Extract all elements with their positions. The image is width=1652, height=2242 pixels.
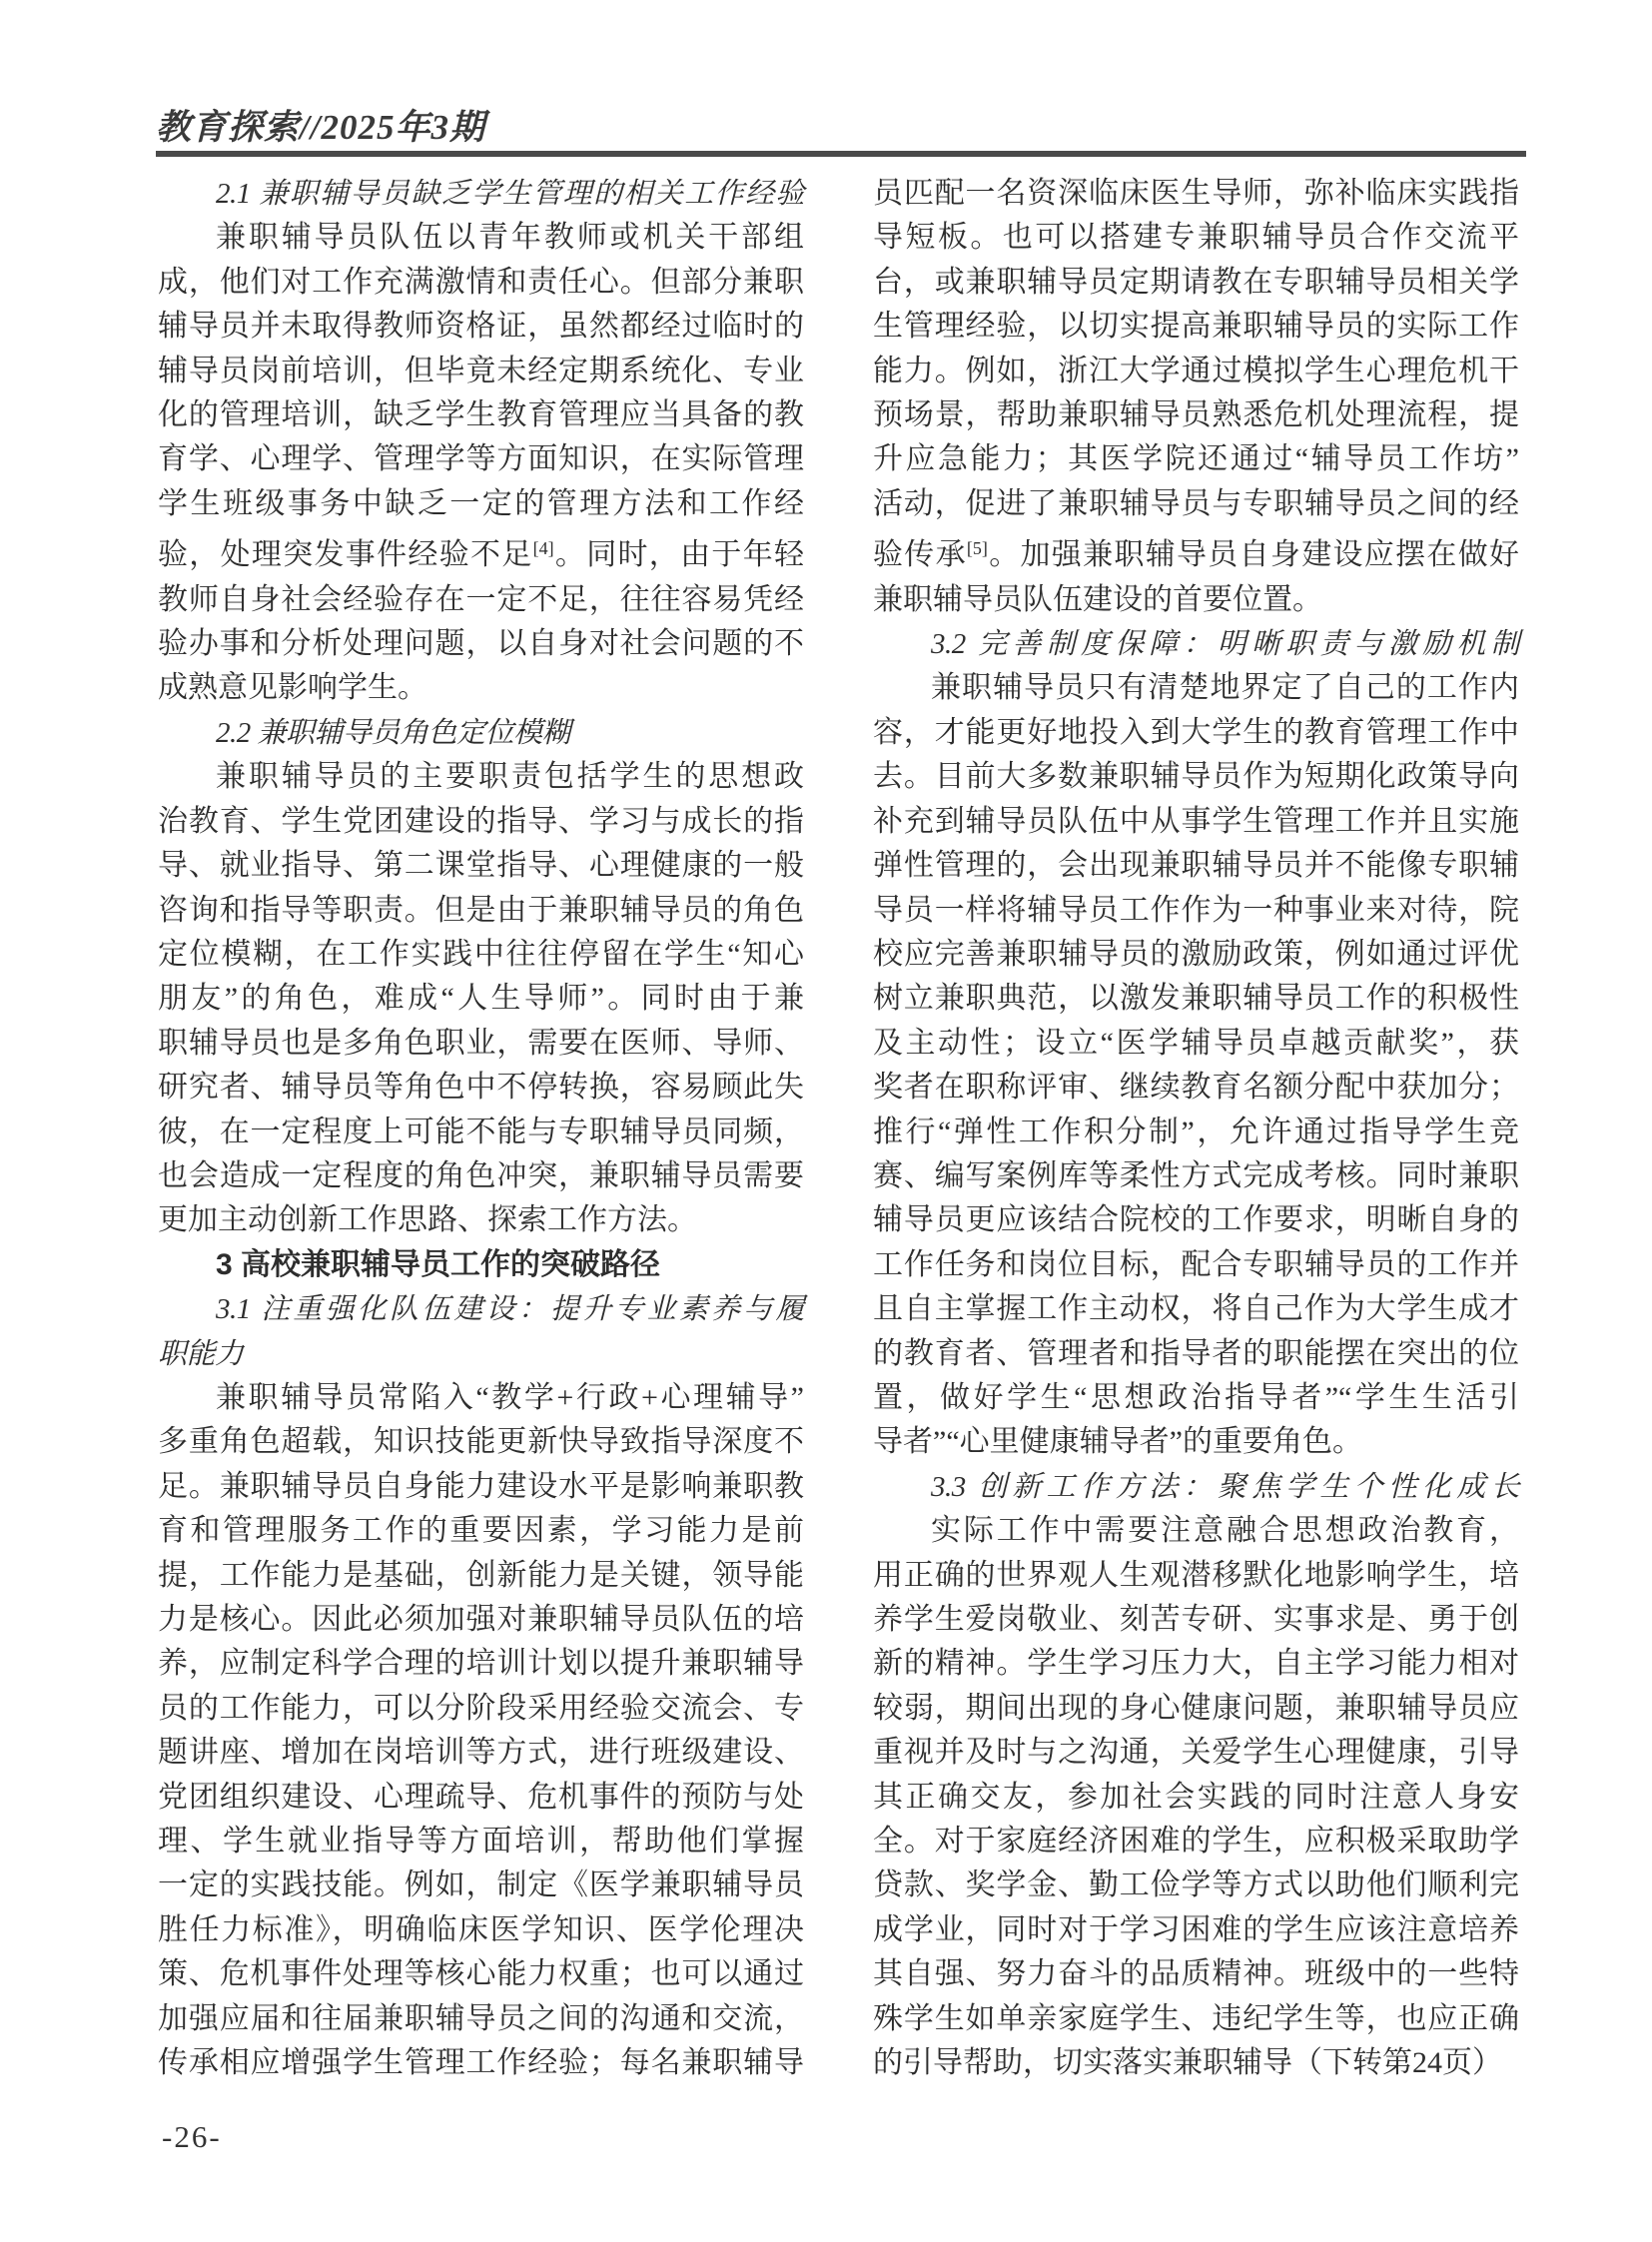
text-line: 及主动性；设立“医学辅导员卓越贡献奖”，获: [873, 1022, 1519, 1066]
text-line: 预场景，帮助兼职辅导员熟悉危机处理流程，提: [873, 393, 1519, 437]
text-line: 彼，在一定程度上可能不能与专职辅导员同频，: [158, 1111, 804, 1154]
section-heading: 3.2 完善制度保障：明晰职责与激励机制: [873, 622, 1519, 666]
text-line: 全。对于家庭经济困难的学生，应积极采取助学: [873, 1820, 1519, 1864]
text-line: 推行“弹性工作积分制”，允许通过指导学生竞: [873, 1111, 1519, 1154]
text-line: 兼职辅导员只有清楚地界定了自己的工作内: [873, 666, 1519, 710]
text-line: 用正确的世界观人生观潜移默化地影响学生，培: [873, 1554, 1519, 1598]
text-line: 导员一样将辅导员工作作为一种事业来对待，院: [873, 889, 1519, 933]
text-line: 新的精神。学生学习压力大，自主学习能力相对: [873, 1642, 1519, 1686]
text-line: 辅导员并未取得教师资格证，虽然都经过临时的: [158, 305, 804, 349]
text-line: 重视并及时与之沟通，关爱学生心理健康，引导: [873, 1731, 1519, 1775]
text-line: 导、就业指导、第二课堂指导、心理健康的一般: [158, 844, 804, 888]
text-line: 兼职辅导员队伍建设的首要位置。: [873, 578, 1519, 622]
text-line: 的教育者、管理者和指导者的职能摆在突出的位: [873, 1332, 1519, 1376]
section-heading: 2.1 兼职辅导员缺乏学生管理的相关工作经验: [158, 172, 804, 216]
text-line: 力是核心。因此必须加强对兼职辅导员队伍的培: [158, 1598, 804, 1642]
text-line: 补充到辅导员队伍中从事学生管理工作并且实施: [873, 800, 1519, 844]
text-segment: 。同时，由于年轻: [554, 538, 804, 571]
text-line: 殊学生如单亲家庭学生、违纪学生等，也应正确: [873, 1997, 1519, 2041]
text-line: 导短板。也可以搭建专兼职辅导员合作交流平: [873, 216, 1519, 260]
text-line: 咨询和指导等职责。但是由于兼职辅导员的角色: [158, 889, 804, 933]
text-line: 导者”“心里健康辅导者”的重要角色。: [873, 1420, 1519, 1464]
text-line: 成熟意见影响学生。: [158, 666, 804, 710]
text-line: 朋友”的角色，难成“人生导师”。同时由于兼: [158, 977, 804, 1021]
section-heading: 2.2 兼职辅导员角色定位模糊: [158, 711, 804, 755]
text-line: 成学业，同时对于学习困难的学生应该注意培养: [873, 1908, 1519, 1952]
text-line: 兼职辅导员常陷入“教学+行政+心理辅导”: [158, 1376, 804, 1420]
text-line: 升应急能力；其医学院还通过“辅导员工作坊”: [873, 437, 1519, 481]
text-line: 验，处理突发事件经验不足[4]。同时，由于年轻: [158, 526, 804, 577]
text-line: 理、学生就业指导等方面培训，帮助他们掌握: [158, 1820, 804, 1864]
section-heading: 3 高校兼职辅导员工作的突破路径: [158, 1243, 804, 1287]
text-line: 验办事和分析处理问题，以自身对社会问题的不: [158, 622, 804, 666]
journal-header-title: 教育探索//2025年3期: [156, 100, 485, 150]
text-line: 员的工作能力，可以分阶段采用经验交流会、专: [158, 1687, 804, 1731]
text-line: 治教育、学生党团建设的指导、学习与成长的指: [158, 800, 804, 844]
text-line: 传承相应增强学生管理工作经验；每名兼职辅导: [158, 2041, 804, 2085]
text-line: 成，他们对工作充满激情和责任心。但部分兼职: [158, 261, 804, 305]
text-line: 职辅导员也是多角色职业，需要在医师、导师、: [158, 1022, 804, 1066]
text-line: 弹性管理的，会出现兼职辅导员并不能像专职辅: [873, 844, 1519, 888]
text-line: 题讲座、增加在岗培训等方式，进行班级建设、: [158, 1731, 804, 1775]
text-line: 学生班级事务中缺乏一定的管理方法和工作经: [158, 482, 804, 526]
text-line: 其自强、努力奋斗的品质精神。班级中的一些特: [873, 1952, 1519, 1996]
text-line: 更加主动创新工作思路、探索工作方法。: [158, 1198, 804, 1242]
text-line: 研究者、辅导员等角色中不停转换，容易顾此失: [158, 1066, 804, 1110]
text-line: 活动，促进了兼职辅导员与专职辅导员之间的经: [873, 482, 1519, 526]
text-line: 验传承[5]。加强兼职辅导员自身建设应摆在做好: [873, 526, 1519, 577]
text-line: 奖者在职称评审、继续教育名额分配中获加分；: [873, 1066, 1519, 1110]
text-line: 育学、心理学、管理学等方面知识，在实际管理: [158, 437, 804, 481]
text-line: 生管理经验，以切实提高兼职辅导员的实际工作: [873, 305, 1519, 349]
text-line: 养学生爱岗敬业、刻苦专研、实事求是、勇于创: [873, 1598, 1519, 1642]
text-line: 辅导员更应该结合院校的工作要求，明晰自身的: [873, 1198, 1519, 1242]
text-line: 足。兼职辅导员自身能力建设水平是影响兼职教: [158, 1465, 804, 1509]
text-line: 一定的实践技能。例如，制定《医学兼职辅导员: [158, 1864, 804, 1907]
text-line: 的引导帮助，切实落实兼职辅导（下转第24页）: [873, 2041, 1519, 2085]
text-line: 贷款、奖学金、勤工俭学等方式以助他们顺利完: [873, 1864, 1519, 1907]
text-line: 去。目前大多数兼职辅导员作为短期化政策导向: [873, 755, 1519, 799]
text-line: 树立兼职典范，以激发兼职辅导员工作的积极性: [873, 977, 1519, 1021]
header-divider-rule: [156, 151, 1526, 157]
text-line: 员匹配一名资深临床医生导师，弥补临床实践指: [873, 172, 1519, 216]
section-heading: 3.1 注重强化队伍建设：提升专业素养与履: [158, 1287, 804, 1331]
text-line: 较弱，期间出现的身心健康问题，兼职辅导员应: [873, 1687, 1519, 1731]
text-line: 置，做好学生“思想政治指导者”“学生生活引: [873, 1376, 1519, 1420]
text-line: 工作任务和岗位目标，配合专职辅导员的工作并: [873, 1243, 1519, 1287]
text-line: 实际工作中需要注意融合思想政治教育，: [873, 1509, 1519, 1553]
section-heading: 3.3 创新工作方法：聚焦学生个性化成长: [873, 1465, 1519, 1509]
text-line: 教师自身社会经验存在一定不足，往往容易凭经: [158, 578, 804, 622]
text-segment: 验传承: [873, 538, 967, 571]
text-segment: 验，处理突发事件经验不足: [158, 538, 533, 571]
text-line: 定位模糊，在工作实践中往往停留在学生“知心: [158, 933, 804, 977]
text-line: 策、危机事件处理等核心能力权重；也可以通过: [158, 1952, 804, 1996]
text-line: 能力。例如，浙江大学通过模拟学生心理危机干: [873, 350, 1519, 393]
text-line: 兼职辅导员的主要职责包括学生的思想政: [158, 755, 804, 799]
text-line: 辅导员岗前培训，但毕竟未经定期系统化、专业: [158, 350, 804, 393]
text-segment: 。加强兼职辅导员自身建设应摆在做好: [988, 538, 1519, 571]
journal-page: 教育探索//2025年3期 2.1 兼职辅导员缺乏学生管理的相关工作经验兼职辅导…: [0, 0, 1652, 2242]
text-line: 化的管理培训，缺乏学生教育管理应当具备的教: [158, 393, 804, 437]
column-left: 2.1 兼职辅导员缺乏学生管理的相关工作经验兼职辅导员队伍以青年教师或机关干部组…: [158, 172, 804, 2085]
column-right: 员匹配一名资深临床医生导师，弥补临床实践指导短板。也可以搭建专兼职辅导员合作交流…: [873, 172, 1519, 2085]
citation-superscript: [5]: [967, 538, 988, 558]
text-line: 党团组织建设、心理疏导、危机事件的预防与处: [158, 1776, 804, 1820]
text-line: 也会造成一定程度的角色冲突，兼职辅导员需要: [158, 1154, 804, 1198]
text-line: 且自主掌握工作主动权，将自己作为大学生成才: [873, 1287, 1519, 1331]
text-line: 提，工作能力是基础，创新能力是关键，领导能: [158, 1554, 804, 1598]
text-line: 校应完善兼职辅导员的激励政策，例如通过评优: [873, 933, 1519, 977]
text-line: 加强应届和往届兼职辅导员之间的沟通和交流，: [158, 1997, 804, 2041]
text-line: 台，或兼职辅导员定期请教在专职辅导员相关学: [873, 261, 1519, 305]
text-line: 育和管理服务工作的重要因素，学习能力是前: [158, 1509, 804, 1553]
text-line: 养，应制定科学合理的培训计划以提升兼职辅导: [158, 1642, 804, 1686]
citation-superscript: [4]: [533, 538, 554, 558]
text-line: 胜任力标准》，明确临床医学知识、医学伦理决: [158, 1908, 804, 1952]
text-line: 兼职辅导员队伍以青年教师或机关干部组: [158, 216, 804, 260]
page-number: -26-: [162, 2119, 222, 2155]
text-line: 赛、编写案例库等柔性方式完成考核。同时兼职: [873, 1154, 1519, 1198]
text-line: 其正确交友，参加社会实践的同时注意人身安: [873, 1776, 1519, 1820]
section-heading: 职能力: [158, 1332, 804, 1376]
text-line: 多重角色超载，知识技能更新快导致指导深度不: [158, 1420, 804, 1464]
text-line: 容，才能更好地投入到大学生的教育管理工作中: [873, 711, 1519, 755]
